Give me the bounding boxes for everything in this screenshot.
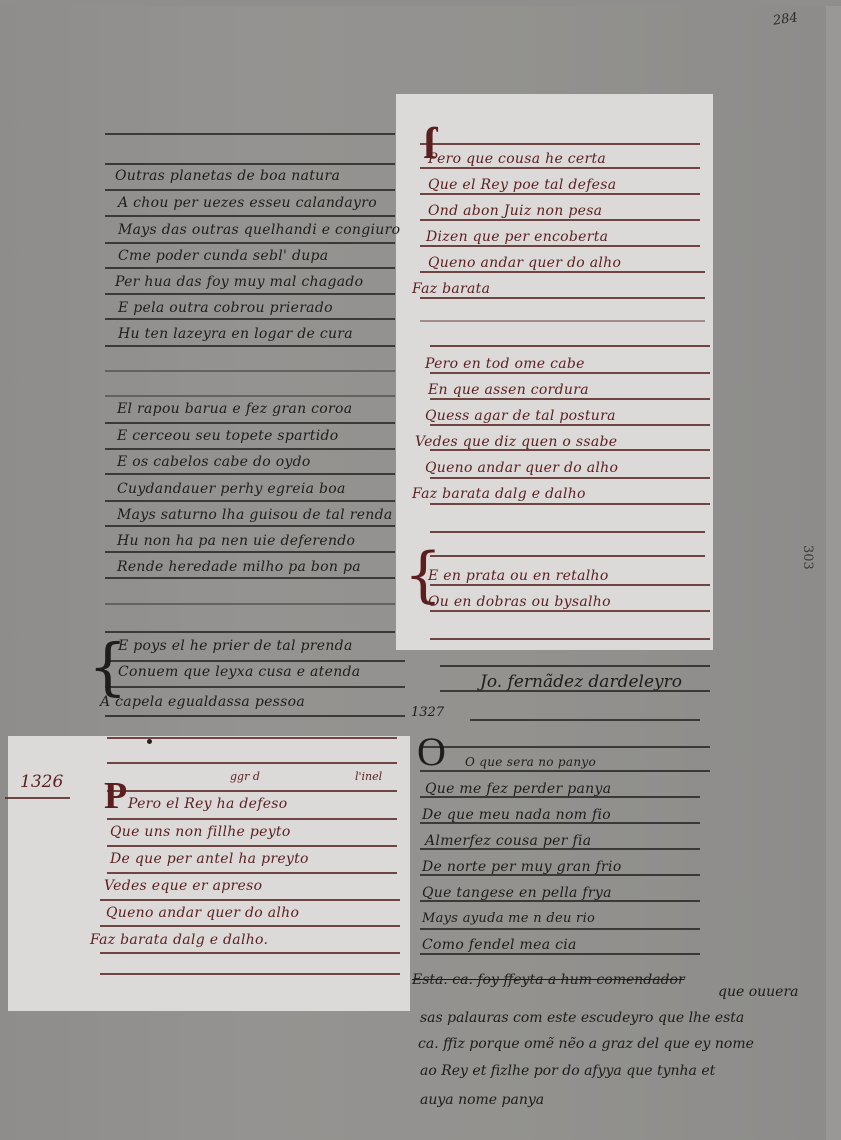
ruling-line: [430, 372, 710, 374]
author-rubric: Jo. fernãdez dardeleyro: [480, 672, 682, 692]
ruling-line: [105, 345, 395, 347]
poem-number: 1327: [411, 705, 444, 720]
page-edge: [826, 6, 841, 1140]
verse-line: Faz barata dalg e dalho.: [90, 932, 268, 948]
verse-line: Conuem que leyxa cusa e atenda: [118, 664, 360, 680]
ruling-line: [430, 424, 710, 426]
struck-rubric-line: Esta. ca. foy ffeyta a hum comendador: [412, 972, 685, 988]
verse-line: Queno andar quer do alho: [428, 255, 621, 271]
verse-line: Cuydandauer perhy egreia boa: [117, 481, 346, 497]
ruling-line: [100, 899, 400, 901]
ruling-line: [420, 320, 705, 322]
ruling-line: [105, 422, 395, 424]
verse-line: Como fendel mea cia: [422, 937, 577, 953]
poem-number: 1326: [20, 772, 63, 792]
verse-line: Que tangese en pella frya: [422, 885, 612, 901]
ruling-line: [430, 345, 710, 347]
ruling-line: [105, 448, 395, 450]
verse-line: Outras planetas de boa natura: [115, 168, 340, 184]
ruling-line: [105, 370, 395, 372]
verse-line: A capela egualdassa pessoa: [100, 694, 305, 710]
ruling-line: [100, 952, 400, 954]
verse-line: Vedes que diz quen o ssabe: [415, 434, 617, 450]
decorated-initial-o: O: [417, 728, 446, 775]
ruling-line: [420, 219, 700, 221]
ruling-line: [420, 746, 710, 748]
ruling-line: [430, 555, 705, 557]
verse-line: Que me fez perder panya: [425, 781, 611, 797]
verse-line: Pero el Rey ha defeso: [128, 796, 288, 812]
ruling-line: [107, 762, 397, 764]
ruling-line: [105, 577, 395, 579]
verse-line: E os cabelos cabe do oydo: [117, 454, 311, 470]
verse-line: Ou en dobras ou bysalho: [428, 594, 611, 610]
rubric-line: que ouuera: [718, 984, 799, 1000]
verse-line: Ond abon Juiz non pesa: [428, 203, 602, 219]
ruling-line: [420, 953, 700, 955]
ink-dot: [147, 739, 152, 744]
ruling-line: [420, 297, 705, 299]
verse-line: Queno andar quer do alho: [106, 905, 299, 921]
ruling-line: [105, 551, 395, 553]
highlight-region-bottom: [8, 736, 410, 1011]
verse-line: Mays saturno lha guisou de tal renda: [117, 507, 393, 523]
ruling-line: [100, 973, 400, 975]
ruling-line: [105, 293, 395, 295]
verse-line: Pero que cousa he certa: [428, 151, 606, 167]
verse-line: O que sera no panyo: [465, 755, 596, 769]
ruling-line: [107, 790, 397, 792]
ruling-line: [105, 133, 395, 135]
verse-line: E pela outra cobrou prierado: [118, 300, 333, 316]
ruling-line: [420, 193, 700, 195]
verse-line: E en prata ou en retalho: [428, 568, 609, 584]
ruling-line: [105, 603, 395, 605]
verse-line: Pero en tod ome cabe: [425, 356, 585, 372]
verse-line: Mays das outras quelhandi e congiuro: [118, 222, 400, 238]
verse-line: Per hua das foy muy mal chagado: [115, 274, 363, 290]
verse-line: E cerceou seu topete spartido: [117, 428, 339, 444]
verse-line: Faz barata: [412, 281, 490, 297]
margin-annotation: 303: [800, 545, 815, 570]
ruling-line: [430, 398, 710, 400]
ruling-line: [430, 610, 710, 612]
verse-line: De que meu nada nom fio: [422, 807, 611, 823]
ruling-line: [105, 318, 395, 320]
ruling-line: [420, 167, 700, 169]
ruling-line: [105, 189, 395, 191]
verse-line: Rende heredade milho pa bon pa: [117, 559, 361, 575]
verse-line: Almerfez cousa per fia: [425, 833, 591, 849]
verse-line: Hu ten lazeyra en logar de cura: [118, 326, 353, 342]
ruling-line: [420, 770, 710, 772]
verse-line: Hu non ha pa nen uie deferendo: [117, 533, 355, 549]
heading-note-left: ggr d: [230, 770, 260, 783]
verse-line: Quess agar de tal postura: [425, 408, 616, 424]
ruling-line: [470, 719, 700, 721]
ruling-line: [105, 660, 405, 662]
ruling-line: [430, 584, 710, 586]
decorated-initial-p: P: [104, 774, 127, 818]
ruling-line: [107, 872, 397, 874]
verse-line: Vedes eque er apreso: [104, 878, 262, 894]
ruling-line: [430, 477, 710, 479]
ruling-line: [420, 245, 700, 247]
rubric-line: ao Rey et fizlhe por do afyya que tynha …: [420, 1063, 715, 1079]
ruling-line: [105, 686, 405, 688]
ruling-line: [105, 267, 395, 269]
verse-line: De que per antel ha preyto: [110, 851, 309, 867]
verse-line: Faz barata dalg e dalho: [412, 486, 586, 502]
verse-line: A chou per uezes esseu calandayro: [118, 195, 377, 211]
verse-line: Dizen que per encoberta: [426, 229, 608, 245]
ruling-line: [107, 818, 397, 820]
verse-line: Queno andar quer do alho: [425, 460, 618, 476]
ruling-line: [5, 797, 70, 799]
ruling-line: [105, 473, 395, 475]
ruling-line: [420, 271, 705, 273]
ruling-line: [105, 631, 395, 633]
verse-line: Que uns non fillhe peyto: [110, 824, 291, 840]
verse-line: Mays ayuda me n deu rio: [422, 911, 595, 926]
ruling-line: [420, 928, 700, 930]
ruling-line: [105, 395, 395, 397]
verse-line: Cme poder cunda sebl' dupa: [118, 248, 328, 264]
ruling-line: [107, 845, 397, 847]
ruling-line: [430, 638, 710, 640]
verse-line: De norte per muy gran frio: [422, 859, 622, 875]
rubric-line: sas palauras com este escudeyro que lhe …: [420, 1010, 744, 1026]
verse-line: En que assen cordura: [428, 382, 589, 398]
rubric-line: ca. ffiz porque omẽ nẽo a graz del que e…: [418, 1036, 754, 1052]
ruling-line: [100, 925, 400, 927]
verse-line: Que el Rey poe tal defesa: [428, 177, 616, 193]
ruling-line: [430, 531, 705, 533]
verse-line: El rapou barua e fez gran coroa: [117, 401, 352, 417]
ruling-line: [105, 215, 395, 217]
ruling-line: [105, 500, 395, 502]
rubric-line: auya nome panya: [420, 1092, 544, 1108]
ruling-line: [105, 525, 395, 527]
heading-note-right: l'inel: [355, 770, 382, 783]
ruling-line: [105, 163, 395, 165]
ruling-line: [105, 715, 405, 717]
ruling-line: [440, 665, 710, 667]
ruling-line: [420, 143, 700, 145]
ruling-line: [105, 242, 395, 244]
ruling-line: [430, 503, 710, 505]
verse-line: E poys el he prier de tal prenda: [118, 638, 353, 654]
